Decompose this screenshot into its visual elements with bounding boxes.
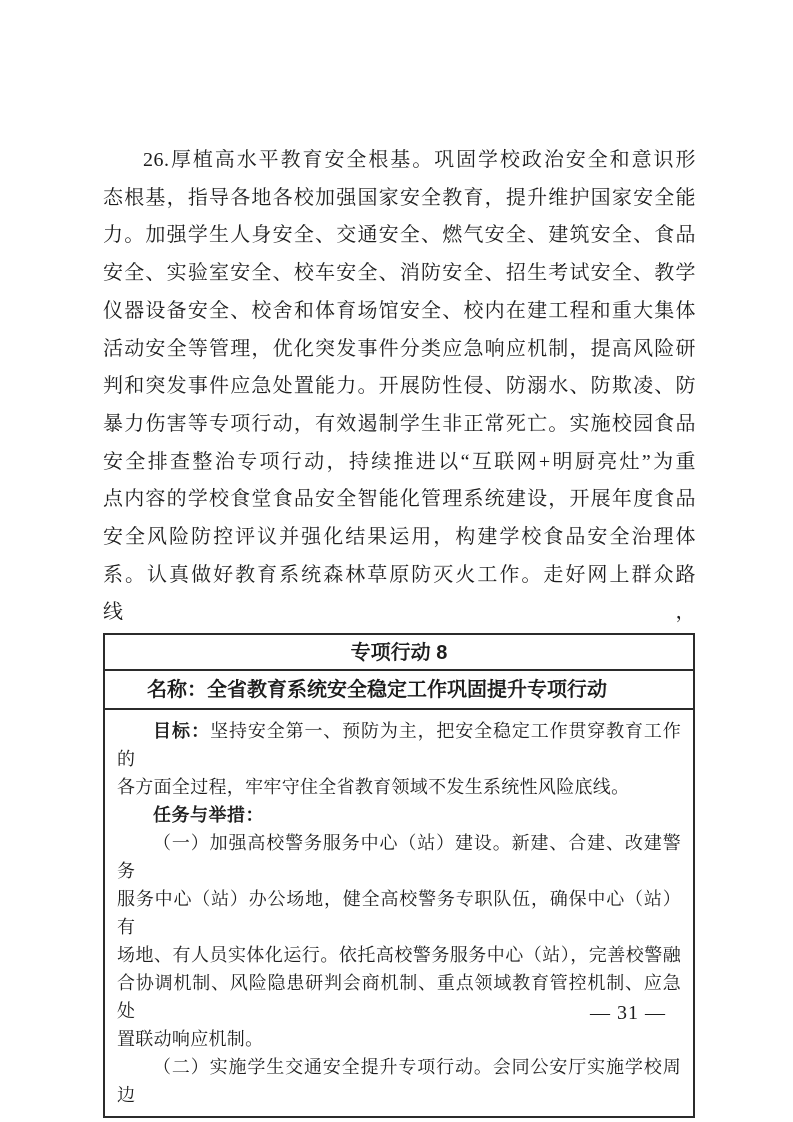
table-body-line: 服务中心（站）办公场地，健全高校警务专职队伍，确保中心（站）有 [117,885,681,941]
text-segment: 仪器设备安全、校舍和体育场馆安全、校内在建工程和重大集体 [103,300,696,322]
text-segment: 安全排查整治专项行动，持续推进以“互联网+明厨亮灶”为重 [103,451,696,473]
special-action-table: 专项行动 8 名称：全省教育系统安全稳定工作巩固提升专项行动 目标：坚持安全第一… [103,633,695,1118]
text-segment: 各方面全过程，牢牢守住全省教育领域不发生系统性风险底线。 [117,777,629,797]
text-segment: （二）实施学生交通安全提升专项行动。会同公安厅实施学校周边 [117,1057,681,1105]
emphasis-label: 目标： [153,721,210,741]
table-body-line: 目标：坚持安全第一、预防为主，把安全稳定工作贯穿教育工作的 [117,717,681,773]
paragraph-line: 安全、实验室安全、校车安全、消防安全、招生考试安全、教学 [103,255,696,293]
paragraph-line: 安全排查整治专项行动，持续推进以“互联网+明厨亮灶”为重 [103,444,696,482]
paragraph-line: 力。加强学生人身安全、交通安全、燃气安全、建筑安全、食品 [103,217,696,255]
text-segment: 系。认真做好教育系统森林草原防灭火工作。走好网上群众路线， [103,564,696,624]
text-segment: （一）加强高校警务服务中心（站）建设。新建、合建、改建警务 [117,833,681,881]
paragraph-line: 仪器设备安全、校舍和体育场馆安全、校内在建工程和重大集体 [103,293,696,331]
paragraph-line: 活动安全等管理，优化突发事件分类应急响应机制，提高风险研 [103,331,696,369]
text-segment: 服务中心（站）办公场地，健全高校警务专职队伍，确保中心（站）有 [117,889,681,937]
table-body-line: 各方面全过程，牢牢守住全省教育领域不发生系统性风险底线。 [117,773,681,801]
paragraph-line: 26.厚植高水平教育安全根基。巩固学校政治安全和意识形 [103,142,696,180]
emphasis-label: 任务与举措： [153,805,264,825]
table-body-line: （二）实施学生交通安全提升专项行动。会同公安厅实施学校周边 [117,1053,681,1109]
table-body-line: （一）加强高校警务服务中心（站）建设。新建、合建、改建警务 [117,829,681,885]
text-segment: 场地、有人员实体化运行。依托高校警务服务中心（站），完善校警融 [117,945,681,965]
text-segment: 26.厚植高水平教育安全根基。巩固学校政治安全和意识形 [143,149,696,171]
paragraph-line: 点内容的学校食堂食品安全智能化管理系统建设，开展年度食品 [103,481,696,519]
paragraph-line: 安全风险防控评议并强化结果运用，构建学校食品安全治理体 [103,519,696,557]
text-segment: 安全风险防控评议并强化结果运用，构建学校食品安全治理体 [103,526,696,548]
paragraph-line: 系。认真做好教育系统森林草原防灭火工作。走好网上群众路线， [103,557,696,632]
text-segment: 安全、实验室安全、校车安全、消防安全、招生考试安全、教学 [103,262,696,284]
page-number: — 31 — [590,1002,666,1025]
paragraph-line: 态根基，指导各地各校加强国家安全教育，提升维护国家安全能 [103,180,696,218]
text-segment: 点内容的学校食堂食品安全智能化管理系统建设，开展年度食品 [103,488,696,510]
body-paragraph-26: 26.厚植高水平教育安全根基。巩固学校政治安全和意识形态根基，指导各地各校加强国… [103,142,696,670]
table-body-line: 置联动响应机制。 [117,1025,681,1053]
table-body-line: 任务与举措： [117,801,681,829]
text-segment: 活动安全等管理，优化突发事件分类应急响应机制，提高风险研 [103,338,696,360]
text-segment: 置联动响应机制。 [117,1029,263,1049]
text-segment: 态根基，指导各地各校加强国家安全教育，提升维护国家安全能 [103,187,696,209]
paragraph-line: 判和突发事件应急处置能力。开展防性侵、防溺水、防欺凌、防 [103,368,696,406]
paragraph-line: 暴力伤害等专项行动，有效遏制学生非正常死亡。实施校园食品 [103,406,696,444]
text-segment: 力。加强学生人身安全、交通安全、燃气安全、建筑安全、食品 [103,224,696,246]
text-segment: 暴力伤害等专项行动，有效遏制学生非正常死亡。实施校园食品 [103,413,696,435]
table-body-line: 场地、有人员实体化运行。依托高校警务服务中心（站），完善校警融 [117,941,681,969]
table-title-row: 专项行动 8 [105,635,693,671]
text-segment: 判和突发事件应急处置能力。开展防性侵、防溺水、防欺凌、防 [103,375,696,397]
table-name-row: 名称：全省教育系统安全稳定工作巩固提升专项行动 [105,671,693,710]
table-body-cell: 目标：坚持安全第一、预防为主，把安全稳定工作贯穿教育工作的各方面全过程，牢牢守住… [105,710,693,1116]
